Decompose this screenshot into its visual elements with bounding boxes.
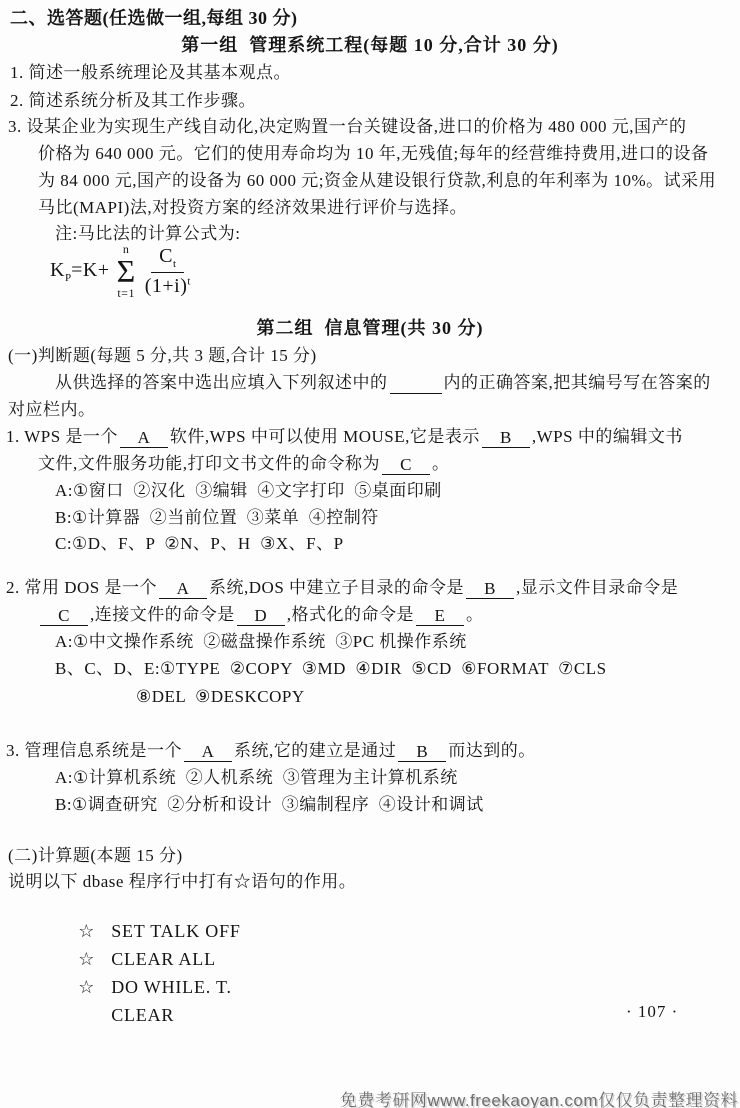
fraction-numerator: Ct (151, 244, 184, 274)
judge-question-3-option-b: B:①调查研究 ②分析和设计 ③编制程序 ④设计和调试 (55, 794, 484, 816)
exam-paper-page: 二、选答题(任选做一组,每组 30 分) 第一组 管理系统工程(每题 10 分,… (0, 0, 740, 1108)
judge-question-2-option-a: A:①中文操作系统 ②磁盘操作系统 ③PC 机操作系统 (55, 631, 467, 653)
fill-in-blank: A (184, 743, 232, 762)
judge-question-1-line-1: 1. WPS 是一个A软件,WPS 中可以使用 MOUSE,它是表示B,WPS … (6, 426, 683, 448)
judge-question-1-option-b: B:①计算器 ②当前位置 ③菜单 ④控制符 (55, 507, 379, 529)
section-heading: 二、选答题(任选做一组,每组 30 分) (10, 7, 298, 29)
program-line: CLEAR (57, 982, 174, 1048)
group1-question-1: 1. 简述一般系统理论及其基本观点。 (10, 62, 291, 84)
formula-fraction: Ct (1+i)t (143, 244, 193, 300)
summation-lower-limit: t=1 (117, 287, 135, 300)
judge-intro-line-1: 从供选择的答案中选出应填入下列叙述中的内的正确答案,把其编号写在答案的 (55, 372, 711, 394)
page-number: · 107 · (626, 1002, 678, 1022)
calc-intro: 说明以下 dbase 程序行中打有☆语句的作用。 (8, 871, 356, 893)
fill-in-blank: C (382, 456, 430, 475)
watermark: 免费考研网www.freekaoyan.com仅仅负责整理资料 (0, 1086, 738, 1108)
group2-title: 第二组 信息管理(共 30 分) (0, 317, 740, 339)
judge-question-2-line-2: C,连接文件的命令是D,格式化的命令是E。 (38, 604, 484, 626)
judge-question-1-line-2: 文件,文件服务功能,打印文书文件的命令称为C。 (38, 453, 450, 475)
fill-in-blank: B (466, 580, 514, 599)
group1-title: 第一组 管理系统工程(每题 10 分,合计 30 分) (0, 34, 740, 56)
fraction-denominator: (1+i)t (143, 273, 193, 299)
fill-in-blank: A (120, 429, 168, 448)
sigma-icon: Σ (117, 256, 136, 286)
fill-in-blank (390, 375, 442, 394)
group1-question-3-line-2: 价格为 640 000 元。它们的使用寿命均为 10 年,无残值;每年的经营维持… (38, 143, 708, 165)
fill-in-blank: D (237, 607, 285, 626)
fill-in-blank: E (416, 607, 464, 626)
judge-intro-line-2: 对应栏内。 (8, 399, 96, 421)
group1-question-3-line-3: 为 84 000 元,国产的设备为 60 000 元;资金从建设银行贷款,利息的… (38, 170, 716, 192)
program-code: CLEAR (111, 1005, 174, 1025)
judge-question-3-line: 3. 管理信息系统是一个A系统,它的建立是通过B而达到的。 (6, 740, 536, 762)
summation-symbol: n Σ t=1 (117, 243, 136, 300)
judge-question-1-option-a: A:①窗口 ②汉化 ③编辑 ④文字打印 ⑤桌面印刷 (55, 480, 442, 502)
judge-question-2-options-bcde-line-1: B、C、D、E:①TYPE ②COPY ③MD ④DIR ⑤CD ⑥FORMAT… (55, 658, 607, 680)
formula-lhs: KP=K+ (50, 259, 110, 284)
judge-question-1-option-c: C:①D、F、P ②N、P、H ③X、F、P (55, 533, 344, 555)
mapi-formula: KP=K+ n Σ t=1 Ct (1+i)t (50, 243, 192, 300)
fill-in-blank: B (482, 429, 530, 448)
group1-question-3-line-4: 马比(MAPI)法,对投资方案的经济效果进行评价与选择。 (38, 197, 467, 219)
fill-in-blank: B (398, 743, 446, 762)
judge-question-2-line-1: 2. 常用 DOS 是一个A系统,DOS 中建立子目录的命令是B,显示文件目录命… (6, 577, 678, 599)
judge-question-3-option-a: A:①计算机系统 ②人机系统 ③管理为主计算机系统 (55, 767, 458, 789)
fill-in-blank: C (40, 607, 88, 626)
judge-section-heading: (一)判断题(每题 5 分,共 3 题,合计 15 分) (8, 345, 317, 367)
fill-in-blank: A (159, 580, 207, 599)
group1-question-2: 2. 简述系统分析及其工作步骤。 (10, 90, 256, 112)
formula-note: 注:马比法的计算公式为: (55, 223, 240, 245)
group1-question-3-line-1: 3. 设某企业为实现生产线自动化,决定购置一台关键设备,进口的价格为 480 0… (8, 116, 687, 138)
judge-question-2-options-bcde-line-2: ⑧DEL ⑨DESKCOPY (136, 686, 305, 708)
calc-section-heading: (二)计算题(本题 15 分) (8, 845, 183, 867)
